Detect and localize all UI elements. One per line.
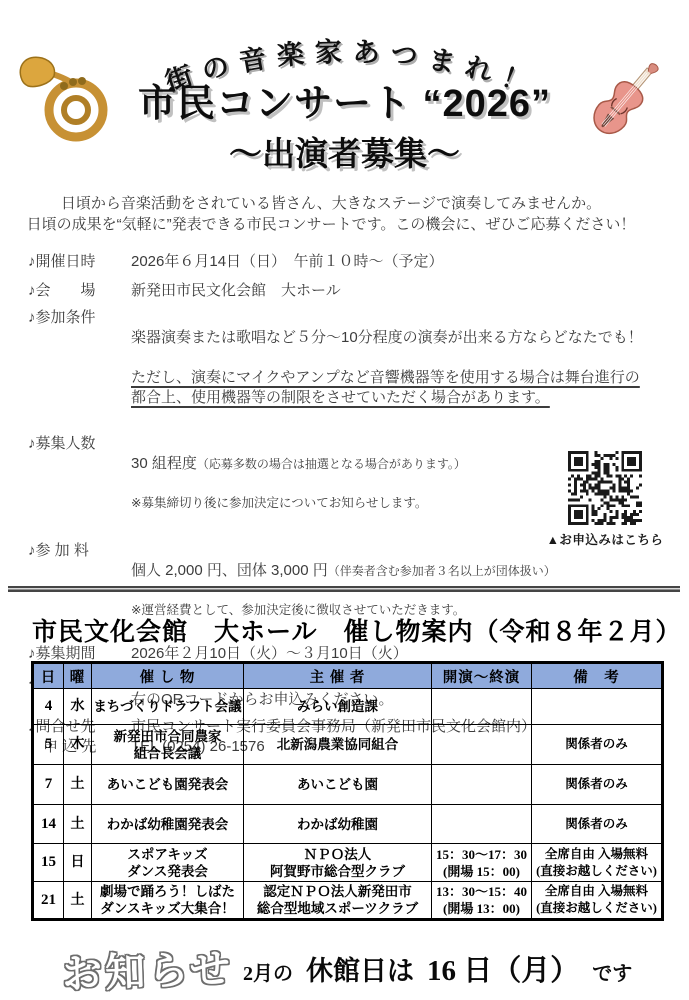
info-value: 30 組程度（応募多数の場合は抽選となる場合があります。） ※募集締切り後に参加…: [131, 434, 466, 532]
event-schedule-table: 日 曜 催 し 物 主 催 者 開演～終演 備 考 4 水 まちづくりドラフト会…: [31, 661, 664, 921]
cell-remarks: 関係者のみ: [532, 765, 663, 805]
conditions-line: 楽器演奏または歌唱など５分～10分程度の演奏が出来る方ならどなたでも！: [131, 328, 643, 348]
col-header-event: 催 し 物: [92, 663, 244, 689]
cell-organizer: 北新潟農業協同組合: [244, 725, 432, 765]
info-value: 2026年６月14日（日） 午前１０時～（予定）: [131, 252, 444, 272]
cell-remarks: 全席自由 入場無料 (直接お越しください): [532, 882, 663, 920]
info-value: 楽器演奏または歌唱など５分～10分程度の演奏が出来る方ならどなたでも！ ただし、…: [131, 308, 643, 428]
cell-weekday: 木: [64, 725, 92, 765]
closed-day-notice: 2月の 休館日は 16 日（月） です: [243, 948, 632, 989]
cell-event: わかば幼稚園発表会: [92, 805, 244, 844]
cell-weekday: 水: [64, 689, 92, 725]
cell-day: 14: [33, 805, 64, 844]
schedule-heading: 市民文化会館 大ホール 催し物案内（令和８年２月）: [32, 612, 682, 648]
cell-event: 新発田市合同農家 組合長会議: [92, 725, 244, 765]
cell-organizer: みらい創造課: [244, 689, 432, 725]
cell-day: 7: [33, 765, 64, 805]
concert-flyer-page: 街の音楽家あつまれ！ 市民コンサート “2026” ～出演者募集～ 日頃から音楽…: [0, 0, 689, 1000]
cell-event: あいこども園発表会: [92, 765, 244, 805]
col-header-time: 開演～終演: [432, 663, 532, 689]
capacity-main: 30 組程度: [131, 455, 197, 472]
qr-block: ▲お申込みはこちら: [540, 451, 670, 548]
intro-paragraph: 日頃から音楽活動をされている皆さん、大きなステージで演奏してみませんか。 日頃の…: [0, 193, 662, 235]
cell-organizer: わかば幼稚園: [244, 805, 432, 844]
cell-remarks: 関係者のみ: [532, 725, 663, 765]
cell-day: 5: [33, 725, 64, 765]
notice-desu: です: [592, 957, 632, 986]
schedule-row: 14 土 わかば幼稚園発表会 わかば幼稚園 関係者のみ: [33, 805, 663, 844]
cell-weekday: 土: [64, 765, 92, 805]
info-label: ♪開催日時: [28, 252, 131, 272]
cell-time: [432, 765, 532, 805]
notice-closed-date: 16 日（月）: [427, 948, 579, 989]
cell-day: 4: [33, 689, 64, 725]
cell-time: 13：30～15：40 (開場 13：00): [432, 882, 532, 920]
info-label: ♪募集人数: [28, 434, 131, 532]
schedule-row: 7 土 あいこども園発表会 あいこども園 関係者のみ: [33, 765, 663, 805]
cell-remarks: [532, 689, 663, 725]
cell-weekday: 日: [64, 844, 92, 882]
cell-weekday: 土: [64, 882, 92, 920]
col-header-day: 日: [33, 663, 64, 689]
cell-time: [432, 725, 532, 765]
subtitle-performer-recruitment: ～出演者募集～: [0, 128, 689, 175]
cell-time: [432, 805, 532, 844]
cell-organizer: あいこども園: [244, 765, 432, 805]
cell-event: まちづくりドラフト会議: [92, 689, 244, 725]
cell-day: 15: [33, 844, 64, 882]
schedule-header-row: 日 曜 催 し 物 主 催 者 開演～終演 備 考: [33, 663, 663, 689]
col-header-organizer: 主 催 者: [244, 663, 432, 689]
main-title: 市民コンサート “2026”: [0, 72, 689, 127]
fee-small: （伴奏者含む参加者３名以上が団体扱い）: [328, 564, 556, 578]
info-item-date: ♪開催日時 2026年６月14日（日） 午前１０時～（予定）: [0, 252, 689, 272]
qr-code: [568, 451, 642, 525]
cell-day: 21: [33, 882, 64, 920]
cell-remarks: 全席自由 入場無料 (直接お越しください): [532, 844, 663, 882]
col-header-weekday: 曜: [64, 663, 92, 689]
schedule-row: 21 土 劇場で踊ろう！しばた ダンスキッズ大集合！ 認定ＮＰＯ法人新発田市 総…: [33, 882, 663, 920]
qr-caption: ▲お申込みはこちら: [540, 530, 670, 548]
cell-organizer: 認定ＮＰＯ法人新発田市 総合型地域スポーツクラブ: [244, 882, 432, 920]
cell-time: [432, 689, 532, 725]
info-item-venue: ♪会 場 新発田市民文化会館 大ホール: [0, 281, 689, 301]
intro-line-1: 日頃から音楽活動をされている皆さん、大きなステージで演奏してみませんか。: [0, 193, 662, 214]
cell-remarks: 関係者のみ: [532, 805, 663, 844]
notice-month: 2月の: [243, 957, 293, 986]
intro-line-2: 日頃の成果を“気軽に”発表できる市民コンサートです。この機会に、ぜひご応募くださ…: [0, 214, 662, 235]
info-item-conditions: ♪参加条件 楽器演奏または歌唱など５分～10分程度の演奏が出来る方ならどなたでも…: [0, 308, 689, 428]
schedule-row: 5 木 新発田市合同農家 組合長会議 北新潟農業協同組合 関係者のみ: [33, 725, 663, 765]
notice-label: お知らせ: [61, 937, 234, 1000]
cell-organizer: ＮＰＯ法人 阿賀野市総合型クラブ: [244, 844, 432, 882]
cell-event: 劇場で踊ろう！しばた ダンスキッズ大集合！: [92, 882, 244, 920]
col-header-remarks: 備 考: [532, 663, 663, 689]
cell-event: スポアキッズ ダンス発表会: [92, 844, 244, 882]
notice-closed-day-word: 休館日は: [306, 949, 414, 988]
info-label: ♪会 場: [28, 281, 131, 301]
schedule-row: 15 日 スポアキッズ ダンス発表会 ＮＰＯ法人 阿賀野市総合型クラブ 15：3…: [33, 844, 663, 882]
info-value: 新発田市民文化会館 大ホール: [131, 281, 341, 301]
info-label: ♪参加条件: [28, 308, 131, 428]
cell-time: 15：30～17：30 (開場 15：00): [432, 844, 532, 882]
cell-weekday: 土: [64, 805, 92, 844]
fee-main: 個人 2,000 円、団体 3,000 円: [131, 562, 328, 579]
capacity-note: ※募集締切り後に参加決定についてお知らせします。: [131, 495, 466, 512]
schedule-row: 4 水 まちづくりドラフト会議 みらい創造課: [33, 689, 663, 725]
section-divider: [8, 586, 680, 592]
conditions-underlined-note: ただし、演奏にマイクやアンプなど音響機器等を使用する場合は舞台進行の 都合上、使…: [131, 368, 643, 408]
capacity-small: （応募多数の場合は抽選となる場合があります。）: [197, 457, 466, 471]
